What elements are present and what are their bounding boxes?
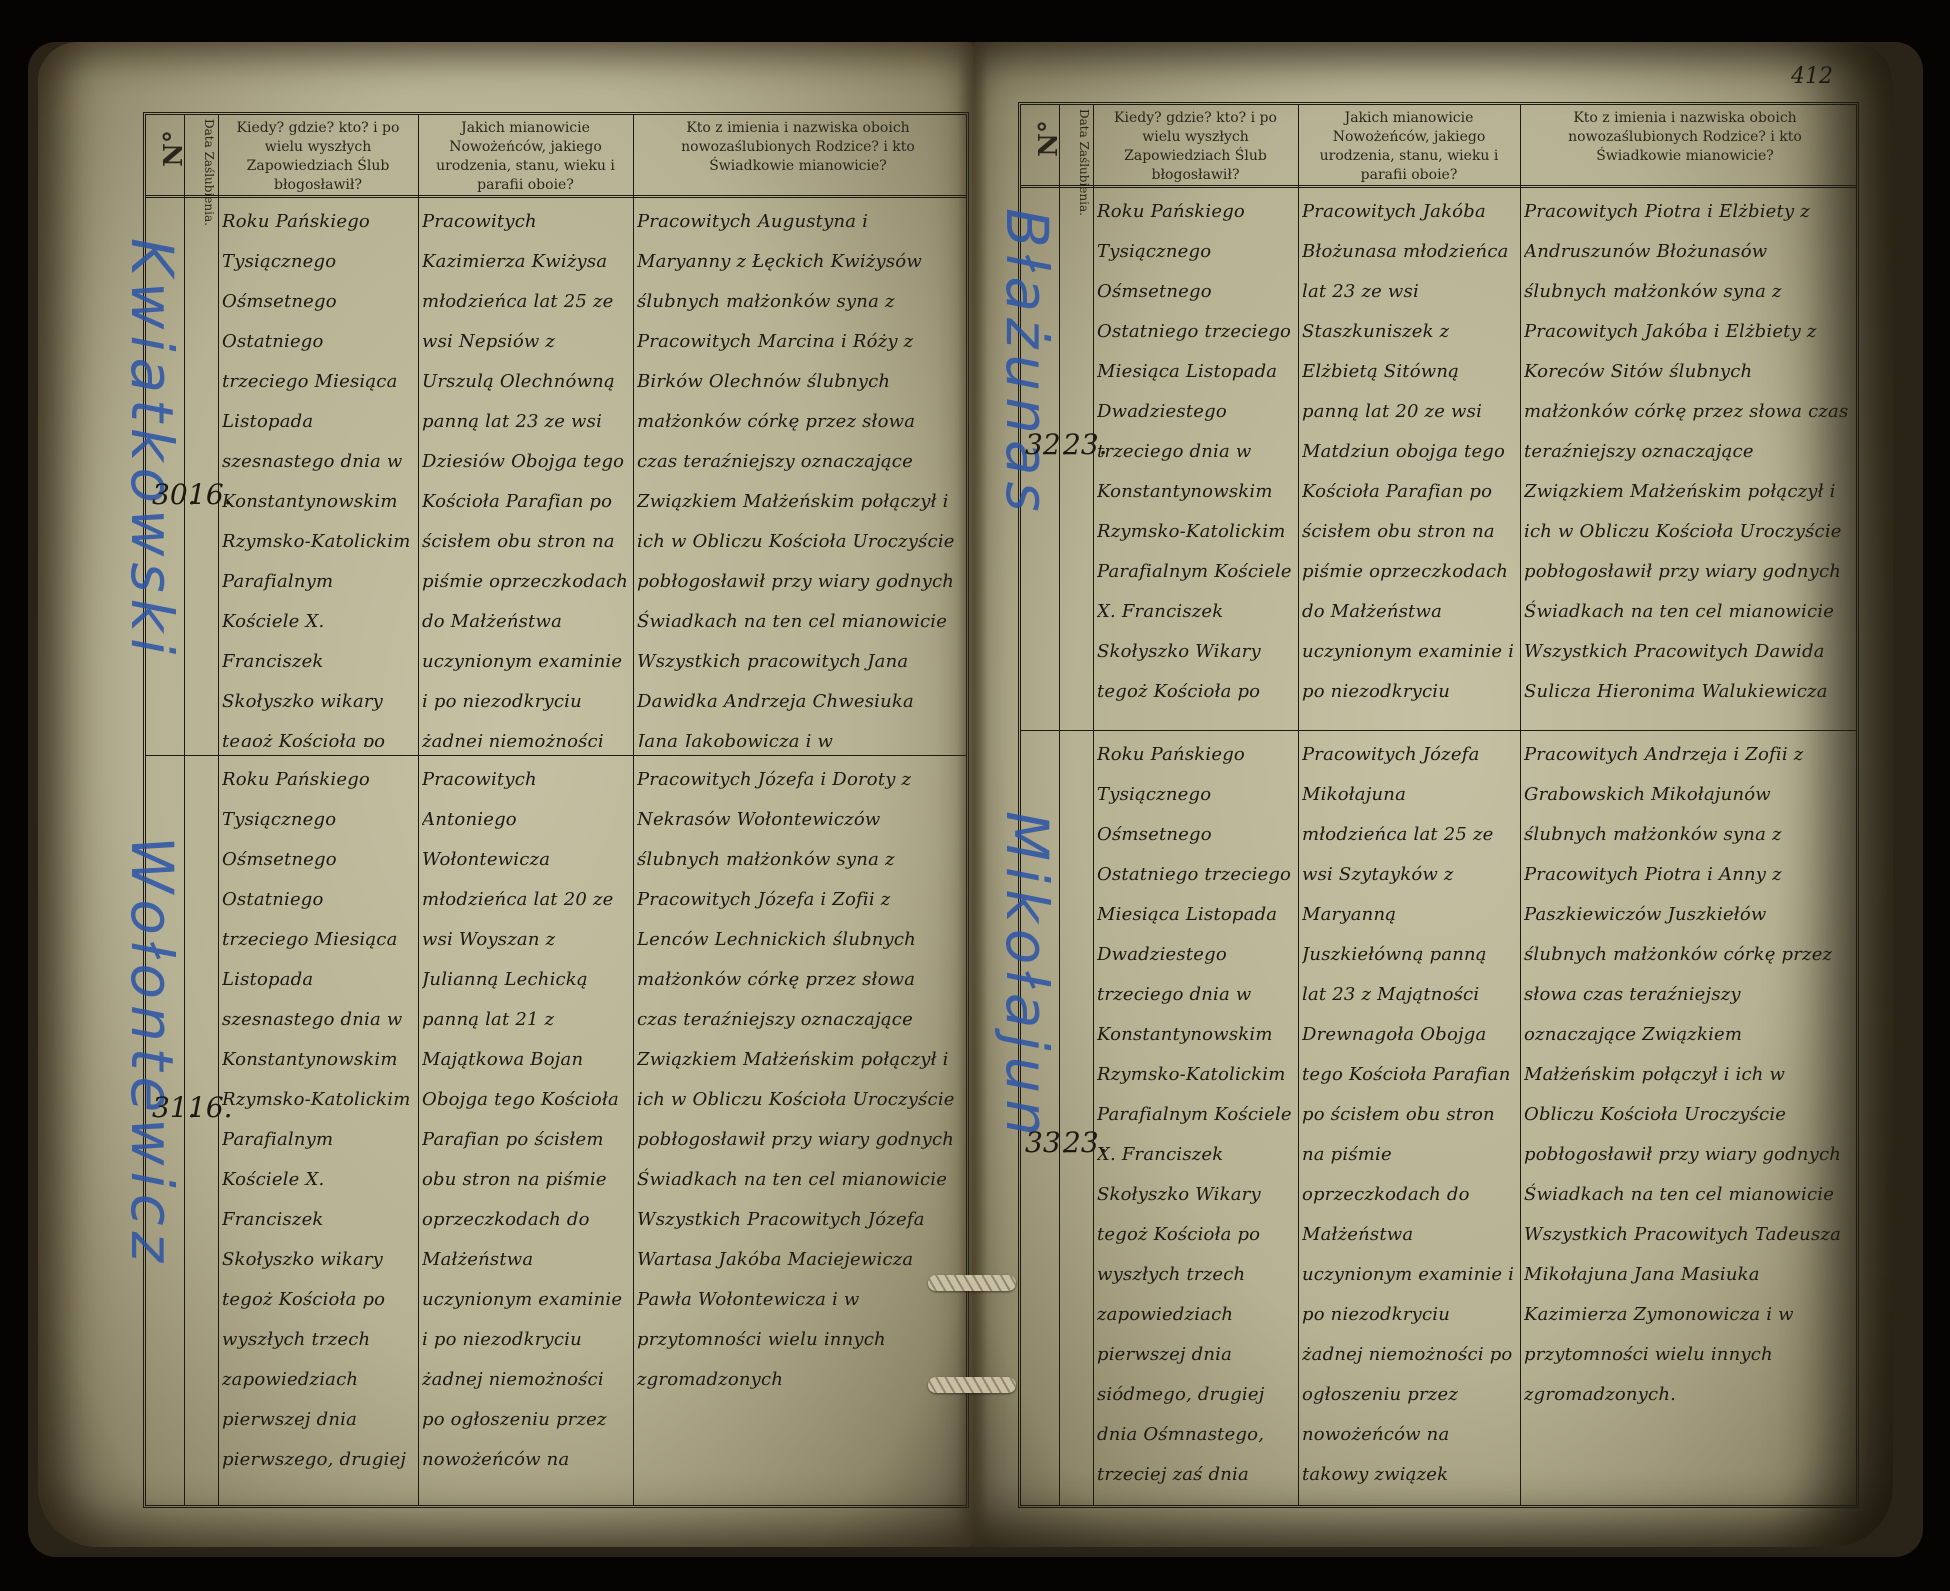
marginal-surname: Wołontewicz bbox=[118, 836, 186, 1268]
entry-ceremony-text: Roku Pańskiego Tysiącznego Ośmsetnego Os… bbox=[1097, 192, 1294, 722]
entry-ceremony-text: Roku Pańskiego Tysiącznego Ośmsetnego Os… bbox=[222, 760, 414, 1490]
header-no: N° bbox=[1021, 105, 1059, 185]
register-entry: Kwiatkowski 30. 16. Roku Pańskiego Tysią… bbox=[146, 198, 966, 753]
register-entry: Błażunas 32. 23. Roku Pańskiego Tysiączn… bbox=[1021, 188, 1856, 728]
entry-newlyweds-text: Pracowitych Kazimierza Kwiżysa młodzieńc… bbox=[422, 202, 629, 747]
entry-newlyweds-text: Pracowitych Antoniego Wołontewicza młodz… bbox=[422, 760, 629, 1490]
entry-newlyweds-text: Pracowitych Józefa Mikołajuna młodzieńca… bbox=[1302, 735, 1516, 1490]
header-newlyweds: Jakich mianowicie Nowożeńców, jakiego ur… bbox=[418, 115, 633, 195]
marginal-surname: Kwiatkowski bbox=[118, 238, 186, 660]
left-register-table: N° Data Zaślubienia. Kiedy? gdzie? kto? … bbox=[143, 112, 969, 1508]
header-date: Data Zaślubienia. bbox=[1059, 105, 1093, 185]
folio-number: 412 bbox=[1791, 64, 1833, 89]
header-no: N° bbox=[146, 115, 184, 195]
entry-parents-witnesses-text: Pracowitych Piotra i Elżbiety z Andruszu… bbox=[1524, 192, 1849, 722]
entry-parents-witnesses-text: Pracowitych Andrzeja i Zofii z Grabowski… bbox=[1524, 735, 1849, 1490]
register-book: N° Data Zaślubienia. Kiedy? gdzie? kto? … bbox=[28, 42, 1923, 1557]
right-register-table: N° Data Zaślubienia. Kiedy? gdzie? kto? … bbox=[1018, 102, 1859, 1508]
entry-ceremony-text: Roku Pańskiego Tysiącznego Ośmsetnego Os… bbox=[222, 202, 414, 747]
entry-ceremony-text: Roku Pańskiego Tysiącznego Ośmsetnego Os… bbox=[1097, 735, 1294, 1490]
binding-thread bbox=[928, 1275, 1016, 1291]
header-when-where: Kiedy? gdzie? kto? i po wielu wyszłych Z… bbox=[1093, 105, 1298, 185]
register-entry: Mikołajun 33. 23. Roku Pańskiego Tysiącz… bbox=[1021, 730, 1856, 1496]
entry-parents-witnesses-text: Pracowitych Józefa i Doroty z Nekrasów W… bbox=[637, 760, 959, 1490]
entry-parents-witnesses-text: Pracowitych Augustyna i Maryanny z Łęcki… bbox=[637, 202, 959, 747]
header-when-where: Kiedy? gdzie? kto? i po wielu wyszłych Z… bbox=[218, 115, 418, 195]
binding-thread bbox=[928, 1377, 1016, 1393]
header-parents-witnesses: Kto z imienia i nazwiska oboich nowozaśl… bbox=[1520, 105, 1850, 185]
header-date: Data Zaślubienia. bbox=[184, 115, 218, 195]
header-parents-witnesses: Kto z imienia i nazwiska oboich nowozaśl… bbox=[633, 115, 963, 195]
entry-newlyweds-text: Pracowitych Jakóba Błożunasa młodzieńca … bbox=[1302, 192, 1516, 722]
marginal-surname: Mikołajun bbox=[993, 811, 1061, 1142]
marginal-surname: Błażunas bbox=[993, 208, 1061, 518]
table-header: N° Data Zaślubienia. Kiedy? gdzie? kto? … bbox=[146, 115, 966, 198]
table-header: N° Data Zaślubienia. Kiedy? gdzie? kto? … bbox=[1021, 105, 1856, 188]
register-entry: Wołontewicz 31. 16. Roku Pańskiego Tysią… bbox=[146, 755, 966, 1496]
left-page: N° Data Zaślubienia. Kiedy? gdzie? kto? … bbox=[38, 42, 973, 1547]
header-newlyweds: Jakich mianowicie Nowożeńców, jakiego ur… bbox=[1298, 105, 1520, 185]
book-gutter bbox=[958, 42, 988, 1547]
right-page: 412 N° Data Zaślubienia. Kiedy? gdzie? k… bbox=[973, 42, 1893, 1547]
